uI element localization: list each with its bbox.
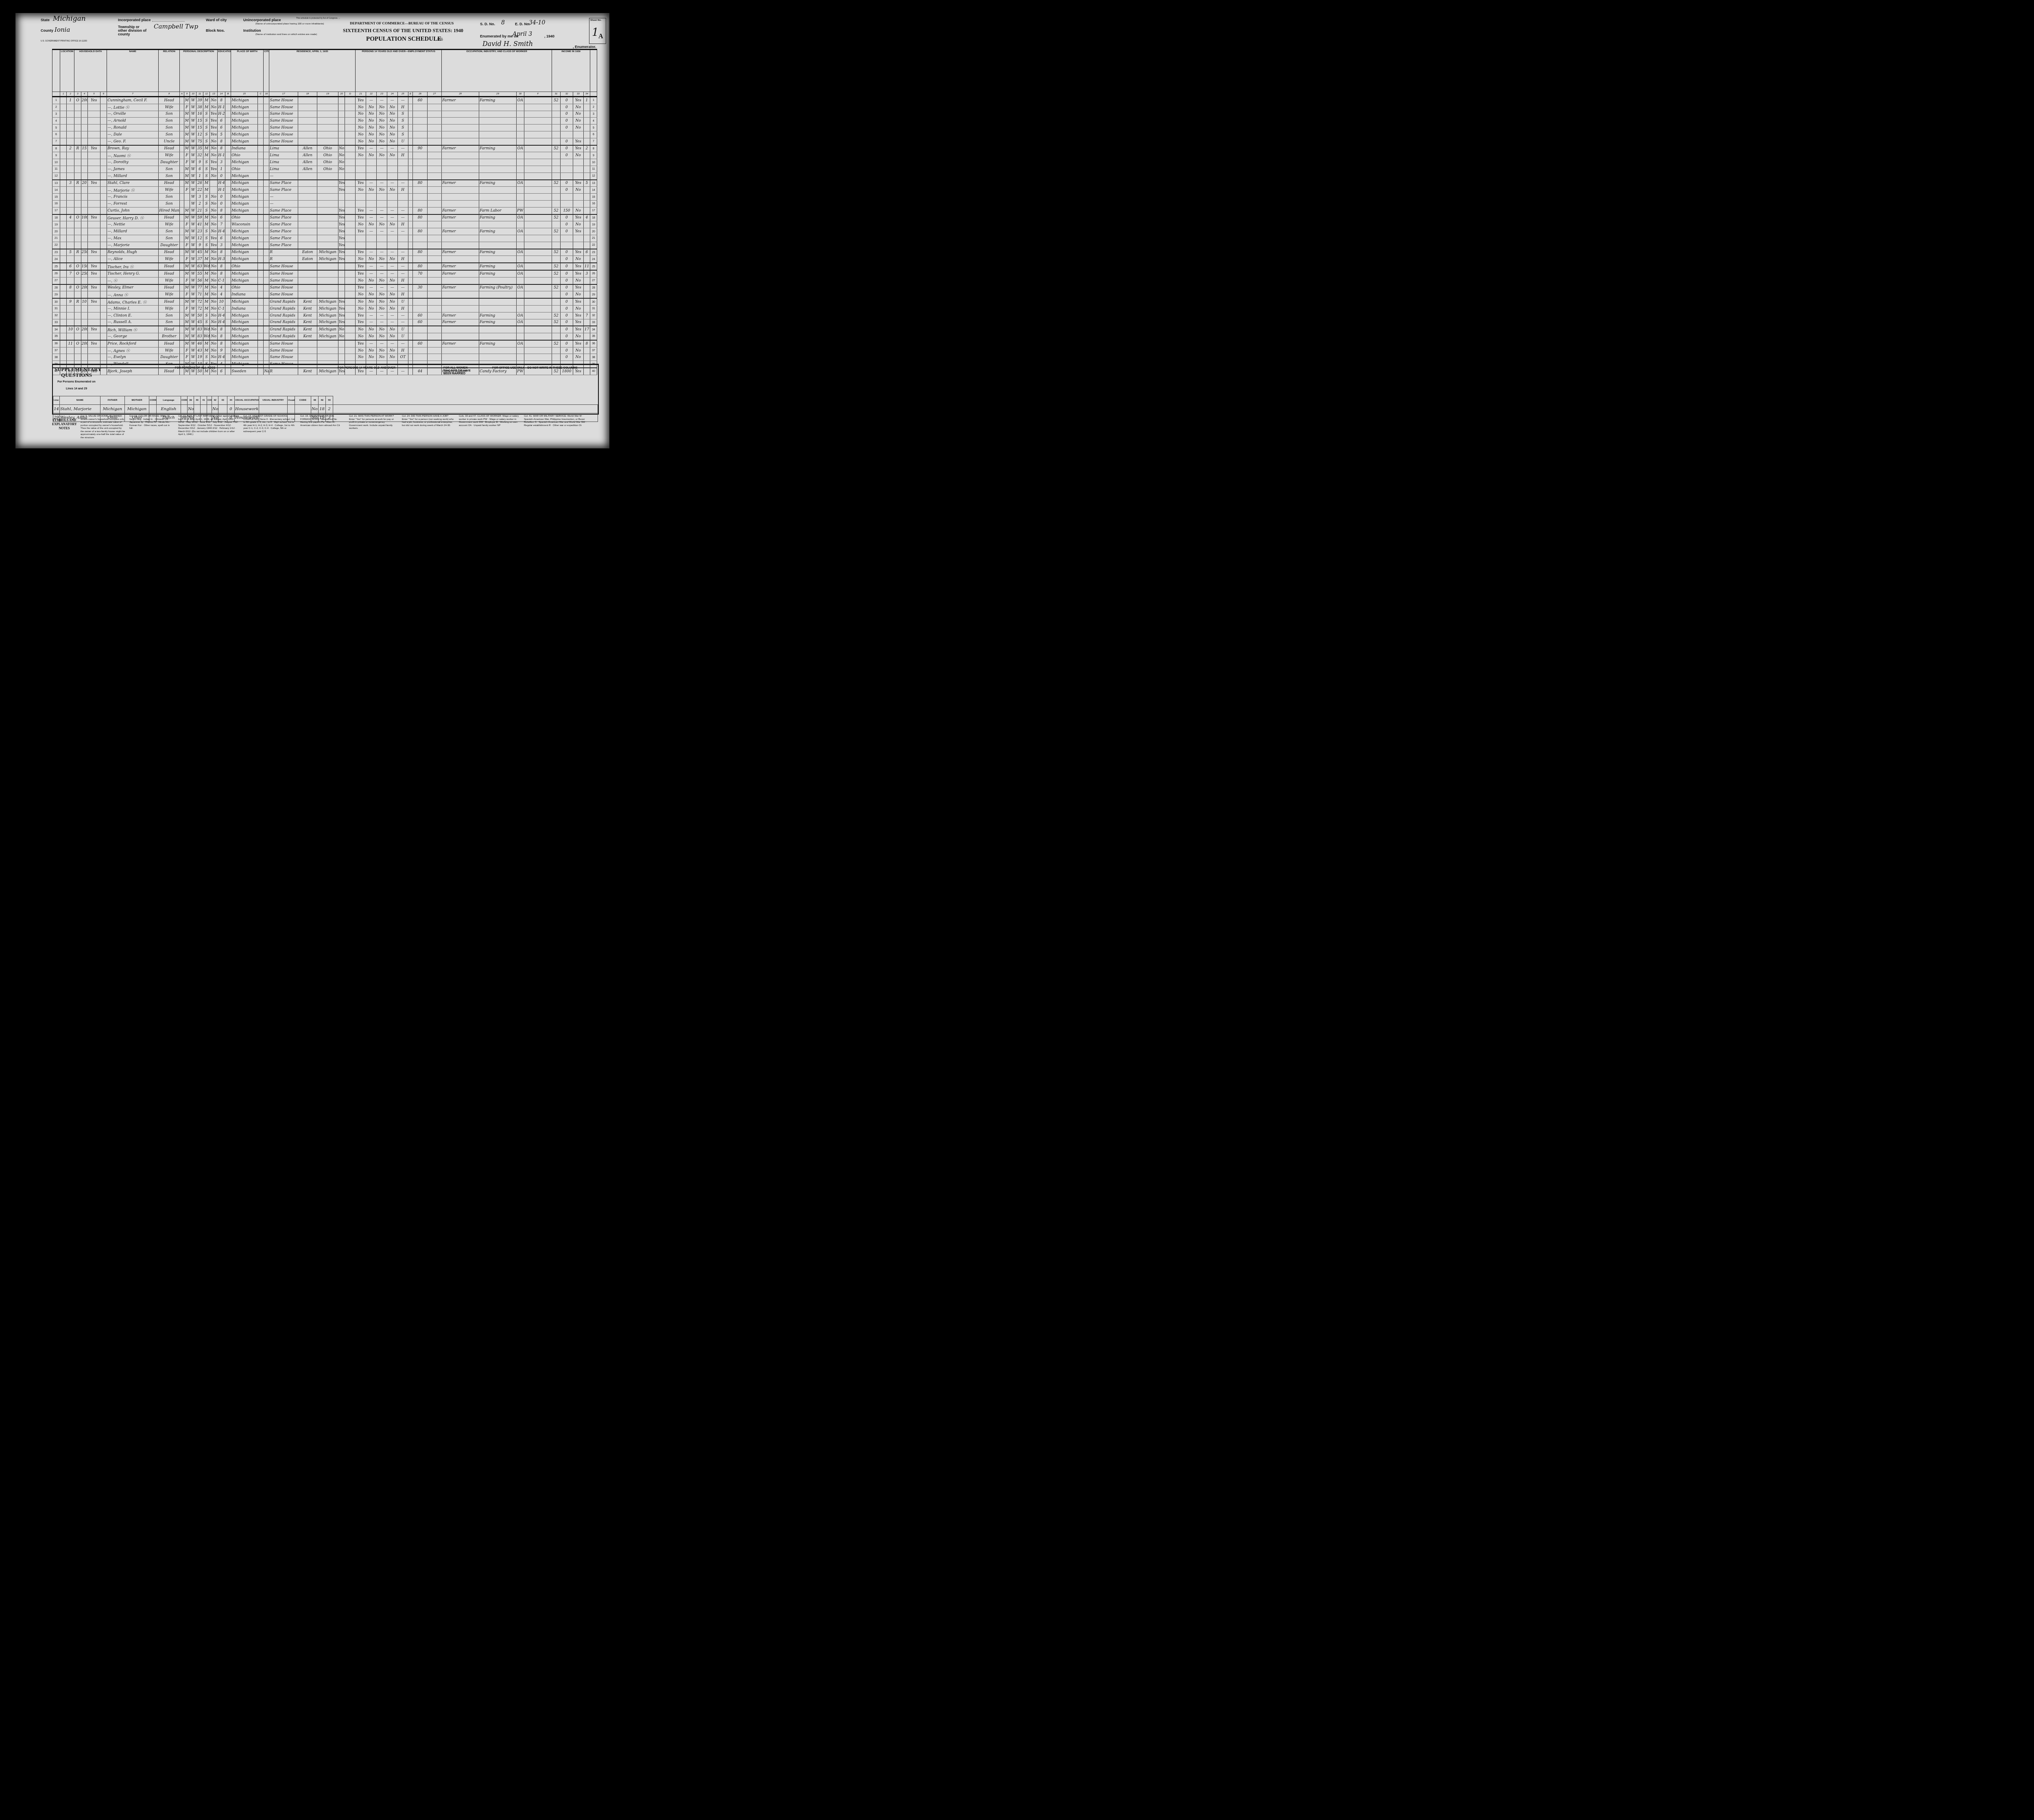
cell-inc: 0 [561,291,573,298]
code-cell [524,145,552,152]
cell-rel: Son [159,228,180,235]
cell-w21: No [356,187,366,194]
cell-gr: 8 [218,138,225,145]
census-title: SIXTEENTH CENSUS OF THE UNITED STATES: 1… [343,28,463,34]
cell-race: W [190,145,196,152]
cell-sch: No [210,291,218,298]
cell-rel: Wife [159,305,180,312]
cell-farm [88,187,100,194]
cell-gr: 6 [218,235,225,242]
line-number: 4 [590,118,597,125]
cell-sch: Yes [210,125,218,131]
sheet-number: 1 [592,26,599,39]
cell-name: —, Dorothy [107,159,159,166]
cell-val [81,104,87,111]
column-number: 8 [159,92,180,97]
line-number: 36 [590,340,597,347]
cell-w23: No [377,305,387,312]
supplementary-title: SUPPLEMENTARY QUESTIONS For Persons Enum… [55,367,98,392]
cell-name: —, Agnes ⓧ [107,347,159,354]
cell-age: 56 [196,277,203,284]
cell-wks: 52 [552,180,560,187]
cell-sch: No [210,284,218,291]
code-cell [524,298,552,305]
line-number: 13 [52,180,60,187]
cell-hh [67,312,74,319]
code-cell [60,173,66,179]
code-cell [258,152,264,159]
cell-w21: No [356,305,366,312]
code-cell [408,104,413,111]
cell-rc [298,284,317,291]
cell-oth: Yes [573,319,583,326]
note-col41: Col. 41. WAR OR MILITARY SERVICE: World … [524,415,593,427]
census-row: 19—, NettieWifeFW41MNo7WisconsinSame Pla… [52,221,597,228]
cell-oth: Yes [573,180,583,187]
code-cell [225,305,231,312]
cell-hrs [413,277,427,284]
cell-cls: OA [516,180,524,187]
cell-race: W [190,340,196,347]
cell-name: —, Marjorie [107,242,159,249]
cell-ms: M [203,277,210,284]
cell-rs: Michigan [317,305,338,312]
code-cell [427,242,441,249]
code-cell [345,131,356,138]
cell-hh [67,118,74,125]
cell-oth: No [573,111,583,118]
cell-sch: No [210,305,218,312]
cell-w21: No [356,131,366,138]
note-col11: Col. 11. AGE AT LAST BIRTHDAY: Enter age… [178,415,239,437]
cell-bp: Ohio [231,152,258,159]
cell-inc: 0 [561,214,573,221]
cell-rf [338,194,345,201]
code-cell [218,405,227,413]
code-cell [345,97,356,104]
cell-res: Lima [269,159,298,166]
cell-rs [317,125,338,131]
cell-own: O [74,214,81,221]
line-number: 31 [590,305,597,312]
cell-farm [88,319,100,326]
code-cell [258,221,264,228]
code-cell [345,298,356,305]
column-number: 10 [190,92,196,97]
census-rows: 12345678A91011121314B15C1617181920D21222… [52,92,597,375]
census-row: 11—, JamesSonMW6SYes1OhioLimaAllenOhioNo… [52,166,597,173]
column-number: 12 [203,92,210,97]
code-cell [100,138,107,145]
cell-sch: No [210,333,218,340]
code-cell [427,180,441,187]
code-cell [100,166,107,173]
cell-occ: Farmer [442,263,479,270]
cell-val: 15 [81,145,87,152]
cell-hrs: 80 [413,249,427,256]
supp-lang: English [157,405,181,413]
code-cell [207,405,212,413]
cell-w25: — [397,207,408,214]
code-cell [100,291,107,298]
cell-sch: Yes [210,118,218,125]
cell-fs [583,104,590,111]
code-cell [408,97,413,104]
code-cell [225,104,231,111]
code-cell [225,284,231,291]
cell-w23: No [377,347,387,354]
cell-val [81,333,87,340]
cell-gr: 8 [218,326,225,333]
cell-gr: 5 [218,131,225,138]
cell-w22: — [366,145,377,152]
code-cell [100,173,107,179]
cell-rc: Eaton [298,249,317,256]
cell-hh [67,354,74,361]
supp-vet: No [188,405,194,413]
cell-w24 [387,194,397,201]
cell-bp: Michigan [231,347,258,354]
cell-race: W [190,173,196,179]
code-cell [524,131,552,138]
cell-cls [516,298,524,305]
cell-occ [442,125,479,131]
cell-hrs [413,326,427,333]
cell-name: —, Geo. F. [107,138,159,145]
cell-res: Same Place [269,214,298,221]
cell-w24: No [387,354,397,361]
cell-bp: Michigan [231,138,258,145]
cell-occ: Farmer [442,284,479,291]
code-cell [408,326,413,333]
code-cell [258,326,264,333]
code-cell [345,242,356,249]
cell-ms: M [203,221,210,228]
cell-sch: No [210,207,218,214]
sheet-label: Sheet No. [590,19,602,22]
cell-val [81,312,87,319]
cell-ind [479,166,517,173]
code-cell [408,319,413,326]
cell-rs [317,228,338,235]
cell-sex: M [184,228,190,235]
cell-cit [264,180,269,187]
cell-inc [561,200,573,207]
code-cell [180,118,184,125]
cell-bp: Michigan [231,200,258,207]
line-number: 38 [590,354,597,361]
cell-inc: 0 [561,263,573,270]
line-number: 31 [52,305,60,312]
column-number: 23 [377,92,387,97]
cell-w23: No [377,125,387,131]
cell-w21: No [356,354,366,361]
cell-inc: 0 [561,125,573,131]
cell-w24 [387,200,397,207]
cell-occ [442,152,479,159]
cell-cit [264,166,269,173]
code-cell [258,180,264,187]
cell-gr: 4 [218,284,225,291]
code-cell [225,111,231,118]
cell-age: 16 [196,111,203,118]
cell-own [74,312,81,319]
cell-hh: 7 [67,270,74,277]
cell-occ [442,305,479,312]
cell-name: —, Nettie [107,221,159,228]
cell-res: Same Place [269,207,298,214]
code-cell [427,159,441,166]
code-cell [524,200,552,207]
cell-farm [88,104,100,111]
cell-res: — [269,194,298,201]
code-cell [180,145,184,152]
cell-own: O [74,326,81,333]
line-number: 4 [52,118,60,125]
cell-rs [317,221,338,228]
cell-race: W [190,104,196,111]
line-number: 36 [52,340,60,347]
line-number: 2 [590,104,597,111]
cell-rs: Michigan [317,326,338,333]
cell-own [74,104,81,111]
code-cell [345,340,356,347]
cell-rf: Yes [338,214,345,221]
cell-w23: No [377,298,387,305]
cell-hh [67,166,74,173]
cell-hh: 3 [67,180,74,187]
code-cell [100,340,107,347]
code-cell [60,111,66,118]
cell-age: 75 [196,138,203,145]
cell-farm: Yes [88,298,100,305]
ed-value: 34-10 [529,20,545,26]
code-cell [60,166,66,173]
line-number: 13 [590,180,597,187]
cell-own: O [74,284,81,291]
cell-rc [298,235,317,242]
cell-sch: No [210,319,218,326]
code-cell [100,326,107,333]
cell-bp: Michigan [231,125,258,131]
cell-w23: No [377,291,387,298]
cell-rf [338,173,345,179]
cell-rf [338,291,345,298]
code-cell [60,152,66,159]
code-cell [180,263,184,270]
code-cell [180,340,184,347]
cell-hrs [413,333,427,340]
code-cell [225,312,231,319]
cell-sex: F [184,152,190,159]
cell-hrs [413,200,427,207]
cell-rf [338,97,345,104]
cell-rel: Head [159,340,180,347]
cell-hrs: 80 [413,214,427,221]
cell-rel: Son [159,131,180,138]
stamp-number: 116 [437,37,443,42]
cell-sex: F [184,159,190,166]
county-value: Ionia [55,26,70,33]
line-number: 30 [52,298,60,305]
cell-val [81,277,87,284]
supplementary-header: USUAL OCCUPATION [235,396,259,405]
cell-cit [264,333,269,340]
code-cell [60,291,66,298]
code-cell [427,340,441,347]
cell-hh [67,131,74,138]
incorporated-place-field [152,21,185,22]
column-number: 17 [269,92,298,97]
cell-hrs [413,104,427,111]
cell-hrs [413,221,427,228]
code-cell [180,235,184,242]
cell-w25: — [397,145,408,152]
code-cell [180,326,184,333]
cell-res: Same House [269,354,298,361]
cell-inc: 0 [561,284,573,291]
cell-age: 83 [196,326,203,333]
cell-rc [298,242,317,249]
cell-sex: M [184,284,190,291]
code-cell [345,354,356,361]
education-header: EDUCATION [218,50,231,92]
cell-rc [298,291,317,298]
cell-sch: Yes [210,235,218,242]
line-number: 21 [52,235,60,242]
line-number: 15 [590,194,597,201]
cell-rel: Son [159,319,180,326]
cell-rs [317,180,338,187]
cell-ind: Farming [479,249,517,256]
cell-w22: No [366,298,377,305]
cell-ms: S [203,111,210,118]
cell-w24: No [387,291,397,298]
line-number: 22 [590,242,597,249]
cell-inc: 0 [561,319,573,326]
cell-rc [298,228,317,235]
cell-hh [67,173,74,179]
cell-gr: 8 [218,340,225,347]
census-sheet: State Michigan County Ionia Incorporated… [15,13,609,448]
cell-cls [516,125,524,131]
cell-name: Stahl, Clare [107,180,159,187]
cell-name: Tischer, Henry G. [107,270,159,277]
code-cell [225,256,231,263]
cell-age: 41 [196,221,203,228]
cell-own: R [74,145,81,152]
cell-hh [67,187,74,194]
cell-gr: H-1 [218,104,225,111]
census-row: 16—, ForrestSonW2SNo0Michigan—16 [52,200,597,207]
cell-sex: M [184,333,190,340]
cell-hrs: 60 [413,319,427,326]
cell-w25: U [397,298,408,305]
cell-rel: Son [159,194,180,201]
cell-bp: Michigan [231,207,258,214]
cell-w23: No [377,256,387,263]
cell-farm [88,111,100,118]
department-title: DEPARTMENT OF COMMERCE—BUREAU OF THE CEN… [350,21,454,25]
code-cell [408,118,413,125]
cell-age: 1 [196,173,203,179]
cell-inc: 0 [561,187,573,194]
code-cell [225,159,231,166]
cell-hh [67,159,74,166]
code-cell [180,312,184,319]
cell-rc [298,180,317,187]
code-cell [60,284,66,291]
cell-w25 [397,173,408,179]
cell-ind [479,235,517,242]
cell-name: —, Francis [107,194,159,201]
cell-inc: 0 [561,111,573,118]
cell-hrs: 60 [413,312,427,319]
cell-w22 [366,242,377,249]
cell-fs [583,277,590,284]
cell-rc [298,221,317,228]
cell-w22: No [366,152,377,159]
code-cell [408,277,413,284]
column-number: 7 [107,92,159,97]
cell-rs [317,354,338,361]
cell-name: —, Russell A. [107,319,159,326]
cell-rs: Ohio [317,166,338,173]
cell-inc [561,235,573,242]
cell-sch: No [210,298,218,305]
cell-cit [264,214,269,221]
code-cell [180,104,184,111]
cell-own [74,125,81,131]
cell-age: 12 [196,235,203,242]
cell-w24: — [387,319,397,326]
code-cell [180,242,184,249]
cell-sex [184,200,190,207]
cell-w22: No [366,131,377,138]
code-cell [225,207,231,214]
code-cell [180,166,184,173]
cell-oth: Yes [573,97,583,104]
cell-w21: No [356,221,366,228]
note-col5: Col. 5. VALUE OF HOME, IF OWNED: Where o… [81,415,125,439]
cell-sch: No [210,97,218,104]
cell-w22: — [366,312,377,319]
cell-cls: OA [516,145,524,152]
cell-occ: Farmer [442,319,479,326]
code-cell [524,354,552,361]
cell-val [81,166,87,173]
cell-own [74,194,81,201]
cell-inc [561,166,573,173]
cell-inc: 0 [561,145,573,152]
code-cell [427,312,441,319]
code-cell [100,125,107,131]
cell-w22: No [366,291,377,298]
cell-rf [338,270,345,277]
column-number: 1 [60,92,66,97]
cell-age: 37 [196,256,203,263]
code-cell [524,221,552,228]
cell-oth [573,235,583,242]
column-number: 15 [231,92,258,97]
supplementary-header: Line No. [53,396,60,405]
code-cell [100,312,107,319]
code-cell [524,249,552,256]
cell-gr: 8 [218,333,225,340]
cell-sex: F [184,256,190,263]
cell-fs [583,284,590,291]
cell-ind [479,152,517,159]
